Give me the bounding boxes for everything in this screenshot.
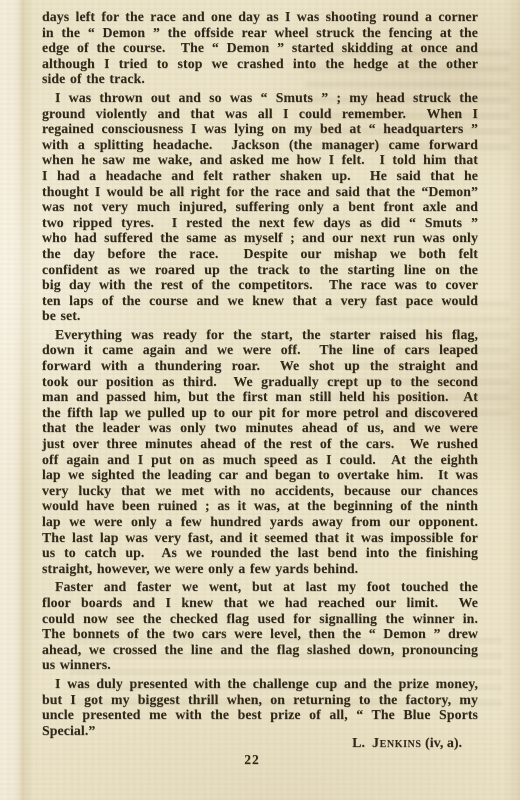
text-line: regained consciousness I was lying on my… xyxy=(42,121,478,137)
signature-initial: L. xyxy=(352,736,372,751)
text-line: days left for the race and one day as I … xyxy=(42,9,478,25)
signature-surname: Jenkins xyxy=(372,736,422,751)
text-line: edge of the course. The “ Demon ” starte… xyxy=(42,40,478,56)
author-signature: L. Jenkins (iv, a). xyxy=(352,736,462,752)
text-line: confident as we roared up the track to t… xyxy=(42,262,478,278)
text-line: ten laps of the course and we knew that … xyxy=(42,293,478,309)
text-line: us winners. xyxy=(42,657,478,673)
text-line: The bonnets of the two cars were level, … xyxy=(42,626,478,642)
text-line: thought I would be all right for the rac… xyxy=(42,184,478,200)
text-line: Everything was ready for the start, the … xyxy=(42,327,478,343)
text-line: lap we were only a few hundred yards awa… xyxy=(42,514,478,530)
page-number: 22 xyxy=(0,752,504,768)
text-line: off again and I put on as much speed as … xyxy=(42,452,478,468)
text-line: The last lap was very fast, and it seeme… xyxy=(42,530,478,546)
scanned-book-page: days left for the race and one day as I … xyxy=(0,0,520,800)
text-line: us to catch up. As we rounded the last b… xyxy=(42,545,478,561)
story-text-block: days left for the race and one day as I … xyxy=(42,9,478,741)
text-line: who had suffered the same as myself ; an… xyxy=(42,230,478,246)
paragraph: Faster and faster we went, but at last m… xyxy=(42,579,478,673)
paragraph: I was duly presented with the challenge … xyxy=(42,676,478,738)
text-line: big day with the rest of the competitors… xyxy=(42,277,478,293)
text-line: Faster and faster we went, but at last m… xyxy=(42,579,478,595)
text-line: very lucky that we met with no accidents… xyxy=(42,483,478,499)
paragraph: days left for the race and one day as I … xyxy=(42,9,478,87)
text-line: took our position as third. We gradually… xyxy=(42,374,478,390)
text-line: down it came again and we were off. The … xyxy=(42,342,478,358)
text-line: the day before the race. Despite our mis… xyxy=(42,246,478,262)
text-line: was not very much injured, suffering onl… xyxy=(42,199,478,215)
text-line: uncle presented me with the best prize o… xyxy=(42,707,478,723)
text-line: just over three minutes ahead of the res… xyxy=(42,436,478,452)
text-line: two ripped tyres. I rested the next few … xyxy=(42,215,478,231)
text-line: be set. xyxy=(42,308,478,324)
text-line: when he saw me wake, and asked me how I … xyxy=(42,152,478,168)
text-line: could now see the checked flag used for … xyxy=(42,611,478,627)
text-line: ahead, we crossed the line and the flag … xyxy=(42,642,478,658)
text-line: forward with a thundering roar. We shot … xyxy=(42,358,478,374)
text-line: I was duly presented with the challenge … xyxy=(42,676,478,692)
text-line: in the “ Demon ” the offside rear wheel … xyxy=(42,25,478,41)
text-line: lap we sighted the leading car and began… xyxy=(42,467,478,483)
signature-suffix: (iv, a). xyxy=(422,736,462,751)
text-line: I had a headache and felt rather shaken … xyxy=(42,168,478,184)
text-line: I was thrown out and so was “ Smuts ” ; … xyxy=(42,90,478,106)
text-line: although I tried to stop we crashed into… xyxy=(42,56,478,72)
paragraph: I was thrown out and so was “ Smuts ” ; … xyxy=(42,90,478,324)
text-line: side of the track. xyxy=(42,71,478,87)
paragraph: Everything was ready for the start, the … xyxy=(42,327,478,577)
text-line: but I got my biggest thrill when, on ret… xyxy=(42,692,478,708)
text-line: floor boards and I knew that we had reac… xyxy=(42,595,478,611)
text-line: straight, however, we were only a few ya… xyxy=(42,561,478,577)
text-line: with a splitting headache. Jackson (the … xyxy=(42,137,478,153)
text-line: ground violently and that was all I coul… xyxy=(42,106,478,122)
text-line: would have been ruined ; as it was, at t… xyxy=(42,498,478,514)
text-line: the fifth lap we pulled up to our pit fo… xyxy=(42,405,478,421)
text-line: man and passed him, but the first man st… xyxy=(42,389,478,405)
text-line: that the leader was only two minutes ahe… xyxy=(42,420,478,436)
